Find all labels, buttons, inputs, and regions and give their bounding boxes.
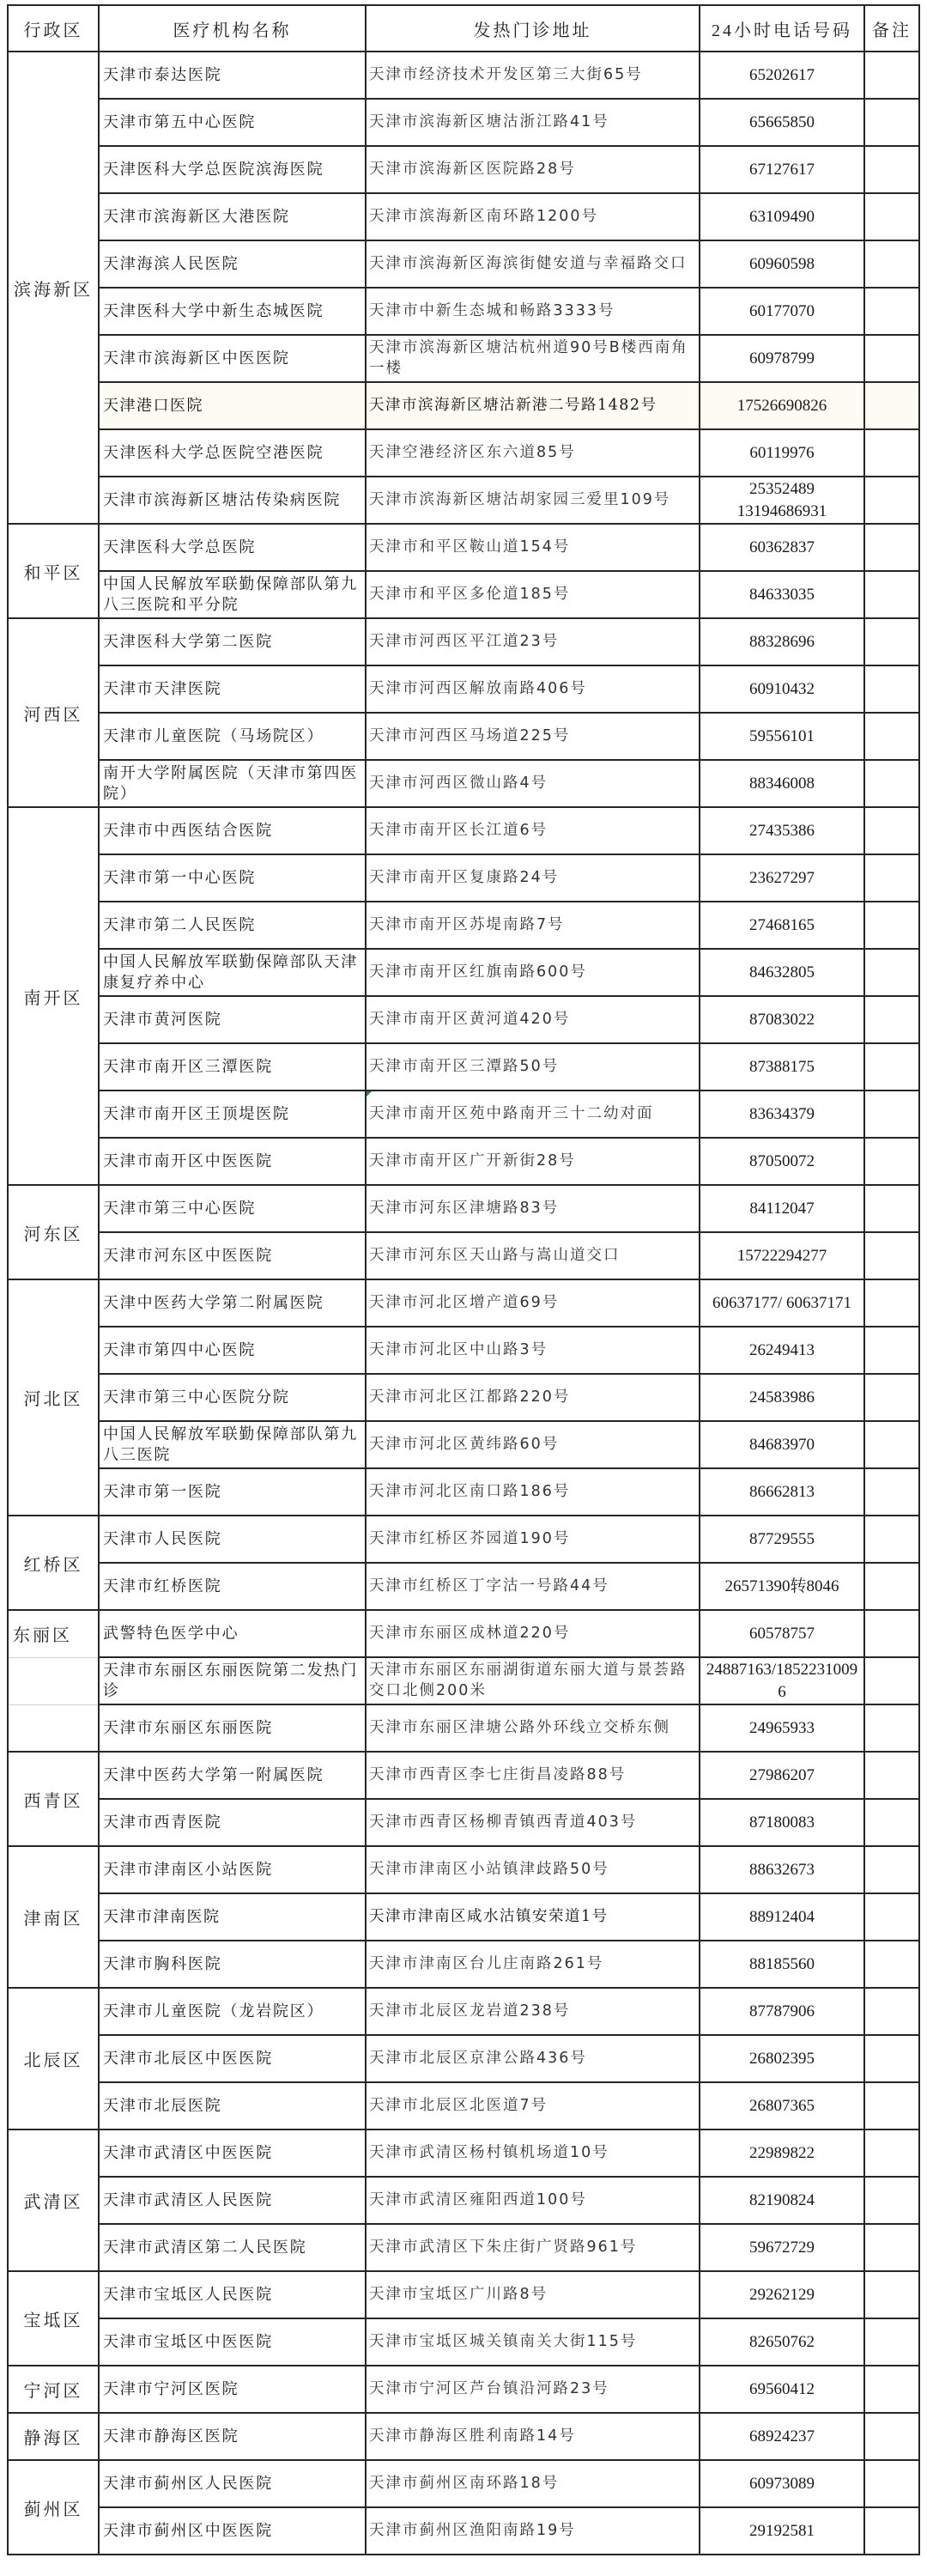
- note-cell: [864, 1657, 919, 1704]
- phone-cell: 60177070: [700, 288, 864, 335]
- address-cell: 天津市经济技术开发区第三大街65号: [366, 52, 700, 99]
- phone-cell: 60637177/ 60637171: [700, 1279, 864, 1327]
- phone-cell: 26249413: [700, 1327, 864, 1374]
- hospital-name-cell: 天津市武清区人民医院: [99, 2177, 366, 2224]
- header-phone: 24小时电话号码: [700, 5, 864, 52]
- address-cell: 天津市宁河区芦台镇沿河路23号: [366, 2366, 700, 2413]
- hospital-name-cell: 天津市滨海新区塘沽传染病医院: [99, 477, 366, 524]
- address-cell: 天津市河北区中山路3号: [366, 1327, 700, 1374]
- note-cell: [864, 146, 919, 193]
- hospital-name-cell: 天津市泰达医院: [99, 52, 366, 99]
- phone-cell: 82650762: [700, 2318, 864, 2366]
- hospital-name-cell: 天津市北辰区中医医院: [99, 2035, 366, 2082]
- hospital-name-cell: 天津市蓟州区人民医院: [99, 2460, 366, 2507]
- hospital-name-cell: 中国人民解放军联勤保障部队第九八三医院: [99, 1421, 366, 1468]
- hospital-name-cell: 天津市第三中心医院分院: [99, 1374, 366, 1421]
- address-cell: 天津市北辰区龙岩道238号: [366, 1988, 700, 2035]
- table-row: 天津市西青医院 天津市西青区杨柳青镇西青道403号 87180083: [8, 1799, 919, 1846]
- address-cell: 天津市津南区小站镇津歧路50号: [366, 1846, 700, 1893]
- table-row: 天津市东丽区东丽医院 天津市东丽区津塘公路外环线立交桥东侧 24965933: [8, 1704, 919, 1752]
- table-row: 宝坻区 天津市宝坻区人民医院 天津市宝坻区广川路8号 29262129: [8, 2271, 919, 2318]
- hospital-name-cell: 天津市天津医院: [99, 665, 366, 713]
- hospital-name-cell: 天津市滨海新区大港医院: [99, 193, 366, 240]
- note-cell: [864, 1279, 919, 1327]
- table-row: 天津港口医院 天津市滨海新区塘沽新港二号路1482号 17526690826: [8, 382, 919, 429]
- address-cell: 天津市河北区黄纬路60号: [366, 1421, 700, 1468]
- hospital-name-cell: 天津市第五中心医院: [99, 99, 366, 146]
- note-cell: [864, 2224, 919, 2271]
- note-cell: [864, 1610, 919, 1657]
- hospital-name-cell: 天津市北辰医院: [99, 2082, 366, 2129]
- note-cell: [864, 52, 919, 99]
- address-cell: 天津市和平区多伦道185号: [366, 571, 700, 618]
- phone-cell: 29192581: [700, 2507, 864, 2555]
- note-cell: [864, 618, 919, 665]
- district-cell: 河北区: [8, 1279, 99, 1516]
- table-row: 北辰区 天津市儿童医院（龙岩院区） 天津市北辰区龙岩道238号 87787906: [8, 1988, 919, 2035]
- note-cell: [864, 2082, 919, 2129]
- note-cell: [864, 1988, 919, 2035]
- phone-cell: 88632673: [700, 1846, 864, 1893]
- table-row: 天津市滨海新区中医医院 天津市滨海新区塘沽杭州道90号B楼西南角一楼 60978…: [8, 335, 919, 382]
- address-cell: 天津空港经济区东六道85号: [366, 429, 700, 477]
- phone-cell: 88328696: [700, 618, 864, 665]
- table-row: 津南区 天津市津南区小站医院 天津市津南区小站镇津歧路50号 88632673: [8, 1846, 919, 1893]
- note-cell: [864, 2366, 919, 2413]
- table-row: 天津市蓟州区中医医院 天津市蓟州区渔阳南路19号 29192581: [8, 2507, 919, 2555]
- phone-cell: 27468165: [700, 902, 864, 949]
- table-row: 天津市武清区第二人民医院 天津市武清区下朱庄街广贤路961号 59672729: [8, 2224, 919, 2271]
- address-cell: 天津市北辰区北医道7号: [366, 2082, 700, 2129]
- phone-cell: 87050072: [700, 1138, 864, 1185]
- table-row: 天津市滨海新区大港医院 天津市滨海新区南环路1200号 63109490: [8, 193, 919, 240]
- hospital-name-cell: 天津市第一中心医院: [99, 854, 366, 902]
- note-cell: [864, 1232, 919, 1279]
- address-cell: 天津市东丽区成林道220号: [366, 1610, 700, 1657]
- note-cell: [864, 1468, 919, 1516]
- table-row: 天津市南开区中医医院 天津市南开区广开新街28号 87050072: [8, 1138, 919, 1185]
- address-cell: 天津市静海区胜利南路14号: [366, 2413, 700, 2460]
- district-cell: 东丽区: [8, 1610, 99, 1657]
- address-cell: 天津市红桥区丁字沽一号路44号: [366, 1563, 700, 1610]
- phone-cell: 60973089: [700, 2460, 864, 2507]
- district-cell: 河西区: [8, 618, 99, 807]
- address-cell: 天津市河北区增产道69号: [366, 1279, 700, 1327]
- hospital-name-cell: 南开大学附属医院（天津市第四医院）: [99, 760, 366, 807]
- hospital-name-cell: 天津市宁河区医院: [99, 2366, 366, 2413]
- district-cell: 武清区: [8, 2129, 99, 2271]
- table-row: 西青区 天津中医药大学第一附属医院 天津市西青区李七庄街昌凌路88号 27986…: [8, 1752, 919, 1799]
- hospital-name-cell: 天津市东丽区东丽医院: [99, 1704, 366, 1752]
- table-row: 武清区 天津市武清区中医医院 天津市武清区杨村镇机场道10号 22989822: [8, 2129, 919, 2177]
- note-cell: [864, 2460, 919, 2507]
- hospital-name-cell: 天津海滨人民医院: [99, 240, 366, 288]
- phone-cell: 26802395: [700, 2035, 864, 2082]
- table-row: 河西区 天津医科大学第二医院 天津市河西区平江道23号 88328696: [8, 618, 919, 665]
- note-cell: [864, 1185, 919, 1232]
- note-cell: [864, 1941, 919, 1988]
- note-cell: [864, 240, 919, 288]
- table-row: 河北区 天津中医药大学第二附属医院 天津市河北区增产道69号 60637177/…: [8, 1279, 919, 1327]
- table-row: 南开大学附属医院（天津市第四医院） 天津市河西区微山路4号 88346008: [8, 760, 919, 807]
- address-cell: 天津市宝坻区城关镇南关大街115号: [366, 2318, 700, 2366]
- phone-cell: 87180083: [700, 1799, 864, 1846]
- table-row: 天津市黄河医院 天津市南开区黄河道420号 87083022: [8, 996, 919, 1043]
- table-row: 天津市武清区人民医院 天津市武清区雍阳西道100号 82190824: [8, 2177, 919, 2224]
- phone-cell: 87729555: [700, 1516, 864, 1563]
- table-row: 天津市第三中心医院分院 天津市河北区江都路220号 24583986: [8, 1374, 919, 1421]
- hospital-name-cell: 天津市人民医院: [99, 1516, 366, 1563]
- hospital-name-cell: 天津医科大学总医院空港医院: [99, 429, 366, 477]
- phone-cell: 88346008: [700, 760, 864, 807]
- note-cell: [864, 1421, 919, 1468]
- address-cell: 天津市南开区三潭路50号: [366, 1043, 700, 1091]
- address-cell: 天津市南开区红旗南路600号: [366, 949, 700, 996]
- phone-cell: 25352489 13194686931: [700, 477, 864, 524]
- table-row: 东丽区 武警特色医学中心 天津市东丽区成林道220号 60578757: [8, 1610, 919, 1657]
- table-row: 静海区 天津市静海区医院 天津市静海区胜利南路14号 68924237: [8, 2413, 919, 2460]
- hospital-name-cell: 天津中医药大学第一附属医院: [99, 1752, 366, 1799]
- district-cell: 宝坻区: [8, 2271, 99, 2366]
- phone-cell: 63109490: [700, 193, 864, 240]
- phone-cell: 26807365: [700, 2082, 864, 2129]
- note-cell: [864, 1704, 919, 1752]
- address-cell: 天津市南开区苑中路南开三十二幼对面: [366, 1091, 700, 1138]
- table-row: 天津市津南医院 天津市津南区咸水沽镇安荣道1号 88912404: [8, 1893, 919, 1941]
- table-row: 中国人民解放军联勤保障部队第九八三医院和平分院 天津市和平区多伦道185号 84…: [8, 571, 919, 618]
- note-cell: [864, 2318, 919, 2366]
- table-row: 天津医科大学总医院滨海医院 天津市滨海新区医院路28号 67127617: [8, 146, 919, 193]
- address-cell: 天津市武清区下朱庄街广贤路961号: [366, 2224, 700, 2271]
- hospital-name-cell: 天津市红桥医院: [99, 1563, 366, 1610]
- table-row: 河东区 天津市第三中心医院 天津市河东区津塘路83号 84112047: [8, 1185, 919, 1232]
- note-cell: [864, 807, 919, 854]
- header-district: 行政区: [8, 5, 99, 52]
- table-row: 天津医科大学中新生态城医院 天津市中新生态城和畅路3333号 60177070: [8, 288, 919, 335]
- address-cell: 天津市东丽区津塘公路外环线立交桥东侧: [366, 1704, 700, 1752]
- hospital-name-cell: 天津市蓟州区中医医院: [99, 2507, 366, 2555]
- phone-cell: 23627297: [700, 854, 864, 902]
- table-row: 天津市第五中心医院 天津市滨海新区塘沽浙江路41号 65665850: [8, 99, 919, 146]
- address-text: 天津市南开区苑中路南开三十二幼对面: [369, 1105, 654, 1122]
- note-cell: [864, 1846, 919, 1893]
- table-row: 天津海滨人民医院 天津市滨海新区海滨街健安道与幸福路交口 60960598: [8, 240, 919, 288]
- table-row: 天津市北辰医院 天津市北辰区北医道7号 26807365: [8, 2082, 919, 2129]
- note-cell: [864, 2129, 919, 2177]
- address-cell: 天津市南开区复康路24号: [366, 854, 700, 902]
- note-cell: [864, 854, 919, 902]
- empty-district-cell: [8, 1704, 99, 1752]
- note-cell: [864, 1374, 919, 1421]
- phone-cell: 86662813: [700, 1468, 864, 1516]
- hospital-name-cell: 天津市胸科医院: [99, 1941, 366, 1988]
- address-cell: 天津市河北区南口路186号: [366, 1468, 700, 1516]
- address-cell: 天津市滨海新区海滨街健安道与幸福路交口: [366, 240, 700, 288]
- hospital-name-cell: 天津港口医院: [99, 382, 366, 429]
- hospital-name-cell: 天津市静海区医院: [99, 2413, 366, 2460]
- address-cell: 天津市滨海新区医院路28号: [366, 146, 700, 193]
- phone-cell: 24887163/18522310096: [700, 1657, 864, 1704]
- hospital-name-cell: 天津市武清区中医医院: [99, 2129, 366, 2177]
- note-cell: [864, 193, 919, 240]
- cell-indicator-icon: [367, 1091, 372, 1097]
- hospital-name-cell: 天津市东丽区东丽医院第二发热门诊: [99, 1657, 366, 1704]
- phone-cell: 65202617: [700, 52, 864, 99]
- phone-cell: 60960598: [700, 240, 864, 288]
- phone-cell: 22989822: [700, 2129, 864, 2177]
- table-row: 中国人民解放军联勤保障部队第九八三医院 天津市河北区黄纬路60号 8468397…: [8, 1421, 919, 1468]
- note-cell: [864, 335, 919, 382]
- district-cell: 和平区: [8, 524, 99, 618]
- phone-cell: 87787906: [700, 1988, 864, 2035]
- note-cell: [864, 760, 919, 807]
- header-note: 备注: [864, 5, 919, 52]
- table-row: 天津市宝坻区中医医院 天津市宝坻区城关镇南关大街115号 82650762: [8, 2318, 919, 2366]
- phone-cell: 24965933: [700, 1704, 864, 1752]
- address-cell: 天津市河西区微山路4号: [366, 760, 700, 807]
- phone-cell: 60910432: [700, 665, 864, 713]
- note-cell: [864, 2177, 919, 2224]
- table-row: 中国人民解放军联勤保障部队天津康复疗养中心 天津市南开区红旗南路600号 846…: [8, 949, 919, 996]
- note-cell: [864, 996, 919, 1043]
- note-cell: [864, 571, 919, 618]
- note-cell: [864, 902, 919, 949]
- phone-cell: 87388175: [700, 1043, 864, 1091]
- empty-district-cell: [8, 1657, 99, 1704]
- address-cell: 天津市和平区鞍山道154号: [366, 524, 700, 571]
- hospital-name-cell: 天津市河东区中医医院: [99, 1232, 366, 1279]
- hospital-name-cell: 天津市武清区第二人民医院: [99, 2224, 366, 2271]
- address-cell: 天津市蓟州区南环路18号: [366, 2460, 700, 2507]
- table-row: 天津市天津医院 天津市河西区解放南路406号 60910432: [8, 665, 919, 713]
- address-cell: 天津市河东区津塘路83号: [366, 1185, 700, 1232]
- note-cell: [864, 2271, 919, 2318]
- table-row: 红桥区 天津市人民医院 天津市红桥区芥园道190号 87729555: [8, 1516, 919, 1563]
- table-row: 天津市第四中心医院 天津市河北区中山路3号 26249413: [8, 1327, 919, 1374]
- hospital-name-cell: 中国人民解放军联勤保障部队天津康复疗养中心: [99, 949, 366, 996]
- hospital-name-cell: 天津医科大学总医院: [99, 524, 366, 571]
- district-cell: 蓟州区: [8, 2460, 99, 2555]
- phone-cell: 84632805: [700, 949, 864, 996]
- address-cell: 天津市中新生态城和畅路3333号: [366, 288, 700, 335]
- phone-cell: 17526690826: [700, 382, 864, 429]
- note-cell: [864, 288, 919, 335]
- hospital-name-cell: 天津市西青医院: [99, 1799, 366, 1846]
- phone-cell: 82190824: [700, 2177, 864, 2224]
- phone-cell: 60362837: [700, 524, 864, 571]
- note-cell: [864, 2035, 919, 2082]
- address-cell: 天津市滨海新区塘沽新港二号路1482号: [366, 382, 700, 429]
- address-cell: 天津市西青区杨柳青镇西青道403号: [366, 1799, 700, 1846]
- table-row: 天津市胸科医院 天津市津南区台儿庄南路261号 88185560: [8, 1941, 919, 1988]
- header-row: 行政区 医疗机构名称 发热门诊地址 24小时电话号码 备注: [8, 5, 919, 52]
- hospital-name-cell: 天津市滨海新区中医医院: [99, 335, 366, 382]
- note-cell: [864, 99, 919, 146]
- table-row: 天津市第一中心医院 天津市南开区复康路24号 23627297: [8, 854, 919, 902]
- hospital-name-cell: 天津市南开区王顶堤医院: [99, 1091, 366, 1138]
- phone-cell: 26571390转8046: [700, 1563, 864, 1610]
- header-address: 发热门诊地址: [366, 5, 700, 52]
- hospital-name-cell: 天津市第一医院: [99, 1468, 366, 1516]
- hospital-name-cell: 天津市黄河医院: [99, 996, 366, 1043]
- note-cell: [864, 949, 919, 996]
- table-row: 天津市第一医院 天津市河北区南口路186号 86662813: [8, 1468, 919, 1516]
- district-cell: 宁河区: [8, 2366, 99, 2413]
- phone-cell: 59556101: [700, 713, 864, 760]
- note-cell: [864, 665, 919, 713]
- table-row: 天津市儿童医院（马场院区） 天津市河西区马场道225号 59556101: [8, 713, 919, 760]
- fever-clinic-table: 行政区 医疗机构名称 发热门诊地址 24小时电话号码 备注 滨海新区 天津市泰达…: [7, 4, 920, 2555]
- address-cell: 天津市滨海新区塘沽杭州道90号B楼西南角一楼: [366, 335, 700, 382]
- table-row: 天津市东丽区东丽医院第二发热门诊 天津市东丽区东丽湖街道东丽大道与景荟路交口北侧…: [8, 1657, 919, 1704]
- phone-cell: 68924237: [700, 2413, 864, 2460]
- address-cell: 天津市河北区江都路220号: [366, 1374, 700, 1421]
- table-row: 南开区 天津市中西医结合医院 天津市南开区长江道6号 27435386: [8, 807, 919, 854]
- district-cell: 西青区: [8, 1752, 99, 1846]
- table-row: 天津市河东区中医医院 天津市河东区天山路与嵩山道交口 15722294277: [8, 1232, 919, 1279]
- district-cell: 河东区: [8, 1185, 99, 1279]
- hospital-name-cell: 天津市第二人民医院: [99, 902, 366, 949]
- note-cell: [864, 2413, 919, 2460]
- address-cell: 天津市南开区广开新街28号: [366, 1138, 700, 1185]
- phone-cell: 88912404: [700, 1893, 864, 1941]
- note-cell: [864, 1043, 919, 1091]
- hospital-name-cell: 天津市宝坻区人民医院: [99, 2271, 366, 2318]
- phone-cell: 27986207: [700, 1752, 864, 1799]
- hospital-name-cell: 武警特色医学中心: [99, 1610, 366, 1657]
- hospital-name-cell: 天津医科大学总医院滨海医院: [99, 146, 366, 193]
- district-cell: 北辰区: [8, 1988, 99, 2129]
- phone-cell: 84112047: [700, 1185, 864, 1232]
- table-row: 天津市南开区王顶堤医院 天津市南开区苑中路南开三十二幼对面 83634379: [8, 1091, 919, 1138]
- table-row: 天津市滨海新区塘沽传染病医院 天津市滨海新区塘沽胡家园三爱里109号 25352…: [8, 477, 919, 524]
- note-cell: [864, 477, 919, 524]
- hospital-name-cell: 天津市中西医结合医院: [99, 807, 366, 854]
- table-row: 天津市第二人民医院 天津市南开区苏堤南路7号 27468165: [8, 902, 919, 949]
- phone-cell: 15722294277: [700, 1232, 864, 1279]
- hospital-name-cell: 中国人民解放军联勤保障部队第九八三医院和平分院: [99, 571, 366, 618]
- hospital-name-cell: 天津市儿童医院（马场院区）: [99, 713, 366, 760]
- table-row: 宁河区 天津市宁河区医院 天津市宁河区芦台镇沿河路23号 69560412: [8, 2366, 919, 2413]
- hospital-name-cell: 天津市第四中心医院: [99, 1327, 366, 1374]
- table-row: 天津市北辰区中医医院 天津市北辰区京津公路436号 26802395: [8, 2035, 919, 2082]
- note-cell: [864, 1563, 919, 1610]
- address-cell: 天津市河西区平江道23号: [366, 618, 700, 665]
- address-cell: 天津市河西区解放南路406号: [366, 665, 700, 713]
- phone-cell: 83634379: [700, 1091, 864, 1138]
- table-row: 天津市红桥医院 天津市红桥区丁字沽一号路44号 26571390转8046: [8, 1563, 919, 1610]
- address-cell: 天津市武清区杨村镇机场道10号: [366, 2129, 700, 2177]
- hospital-name-cell: 天津市南开区中医医院: [99, 1138, 366, 1185]
- phone-cell: 84683970: [700, 1421, 864, 1468]
- phone-cell: 29262129: [700, 2271, 864, 2318]
- address-cell: 天津市滨海新区塘沽胡家园三爱里109号: [366, 477, 700, 524]
- address-cell: 天津市红桥区芥园道190号: [366, 1516, 700, 1563]
- district-cell: 滨海新区: [8, 52, 99, 524]
- note-cell: [864, 1091, 919, 1138]
- address-cell: 天津市南开区黄河道420号: [366, 996, 700, 1043]
- table-row: 和平区 天津医科大学总医院 天津市和平区鞍山道154号 60362837: [8, 524, 919, 571]
- phone-cell: 69560412: [700, 2366, 864, 2413]
- address-cell: 天津市武清区雍阳西道100号: [366, 2177, 700, 2224]
- address-cell: 天津市河东区天山路与嵩山道交口: [366, 1232, 700, 1279]
- note-cell: [864, 524, 919, 571]
- hospital-name-cell: 天津市宝坻区中医医院: [99, 2318, 366, 2366]
- table-row: 天津市南开区三潭医院 天津市南开区三潭路50号 87388175: [8, 1043, 919, 1091]
- note-cell: [864, 429, 919, 477]
- hospital-name-cell: 天津医科大学第二医院: [99, 618, 366, 665]
- phone-cell: 24583986: [700, 1374, 864, 1421]
- district-cell: 津南区: [8, 1846, 99, 1988]
- note-cell: [864, 1893, 919, 1941]
- note-cell: [864, 713, 919, 760]
- address-cell: 天津市滨海新区南环路1200号: [366, 193, 700, 240]
- address-cell: 天津市宝坻区广川路8号: [366, 2271, 700, 2318]
- table-row: 滨海新区 天津市泰达医院 天津市经济技术开发区第三大街65号 65202617: [8, 52, 919, 99]
- hospital-name-cell: 天津市儿童医院（龙岩院区）: [99, 1988, 366, 2035]
- phone-cell: 60578757: [700, 1610, 864, 1657]
- address-cell: 天津市河西区马场道225号: [366, 713, 700, 760]
- header-hospital-name: 医疗机构名称: [99, 5, 366, 52]
- address-cell: 天津市蓟州区渔阳南路19号: [366, 2507, 700, 2555]
- phone-cell: 84633035: [700, 571, 864, 618]
- district-cell: 南开区: [8, 807, 99, 1185]
- phone-cell: 59672729: [700, 2224, 864, 2271]
- table-row: 蓟州区 天津市蓟州区人民医院 天津市蓟州区南环路18号 60973089: [8, 2460, 919, 2507]
- note-cell: [864, 1752, 919, 1799]
- hospital-name-cell: 天津中医药大学第二附属医院: [99, 1279, 366, 1327]
- note-cell: [864, 1327, 919, 1374]
- hospital-name-cell: 天津医科大学中新生态城医院: [99, 288, 366, 335]
- phone-cell: 87083022: [700, 996, 864, 1043]
- address-cell: 天津市东丽区东丽湖街道东丽大道与景荟路交口北侧200米: [366, 1657, 700, 1704]
- note-cell: [864, 1516, 919, 1563]
- hospital-name-cell: 天津市南开区三潭医院: [99, 1043, 366, 1091]
- hospital-name-cell: 天津市第三中心医院: [99, 1185, 366, 1232]
- address-cell: 天津市津南区台儿庄南路261号: [366, 1941, 700, 1988]
- note-cell: [864, 1138, 919, 1185]
- phone-cell: 27435386: [700, 807, 864, 854]
- address-cell: 天津市西青区李七庄街昌凌路88号: [366, 1752, 700, 1799]
- phone-cell: 60978799: [700, 335, 864, 382]
- address-cell: 天津市北辰区京津公路436号: [366, 2035, 700, 2082]
- address-cell: 天津市南开区苏堤南路7号: [366, 902, 700, 949]
- hospital-name-cell: 天津市津南医院: [99, 1893, 366, 1941]
- phone-cell: 88185560: [700, 1941, 864, 1988]
- note-cell: [864, 2507, 919, 2555]
- note-cell: [864, 382, 919, 429]
- address-cell: 天津市滨海新区塘沽浙江路41号: [366, 99, 700, 146]
- phone-cell: 67127617: [700, 146, 864, 193]
- address-cell: 天津市南开区长江道6号: [366, 807, 700, 854]
- phone-cell: 65665850: [700, 99, 864, 146]
- note-cell: [864, 1799, 919, 1846]
- table-row: 天津医科大学总医院空港医院 天津空港经济区东六道85号 60119976: [8, 429, 919, 477]
- hospital-name-cell: 天津市津南区小站医院: [99, 1846, 366, 1893]
- address-cell: 天津市津南区咸水沽镇安荣道1号: [366, 1893, 700, 1941]
- phone-cell: 60119976: [700, 429, 864, 477]
- district-cell: 红桥区: [8, 1516, 99, 1610]
- district-cell: 静海区: [8, 2413, 99, 2460]
